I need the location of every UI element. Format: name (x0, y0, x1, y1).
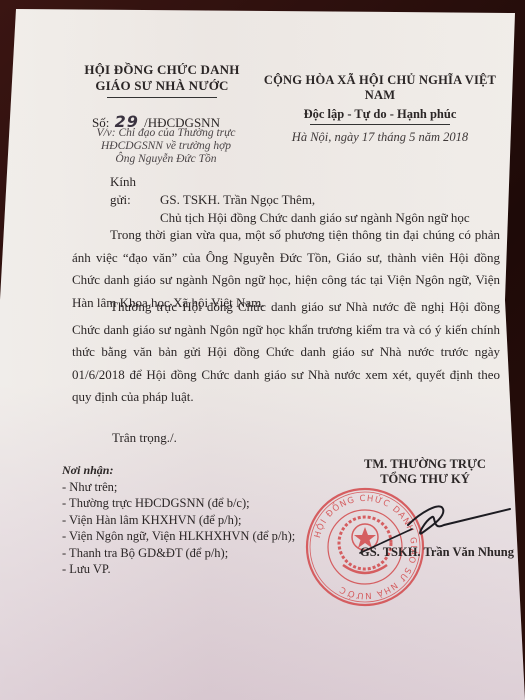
recipient-item: - Viện Ngôn ngữ, Viện HLKHXHVN (để p/h); (62, 528, 295, 545)
nation-motto: Độc lập - Tự do - Hạnh phúc (255, 107, 505, 122)
recipient-item: - Thanh tra Bộ GD&ĐT (để p/h); (62, 545, 295, 562)
body-paragraph-2: Thường trực Hội đồng Chức danh giáo sư N… (72, 296, 500, 409)
addressee-block: Kính gửi:GS. TSKH. Trần Ngọc Thêm, Chủ t… (110, 173, 470, 227)
closing-phrase: Trân trọng./. (112, 430, 177, 446)
addressee-label: Kính gửi: (110, 173, 160, 209)
subject-line: V/v: Chỉ đạo của Thường trực HĐCDGSNN về… (86, 127, 246, 166)
signature-title-line-1: TM. THƯỜNG TRỰC (340, 457, 510, 472)
subject-line-2: HĐCDGSNN về trường hợp (86, 140, 246, 153)
recipient-item: - Thường trực HĐCDGSNN (để b/c); (62, 495, 295, 512)
signature-title: TM. THƯỜNG TRỰC TỔNG THƯ KÝ (340, 457, 510, 487)
issuer-underline (107, 97, 217, 98)
subject-line-1: V/v: Chỉ đạo của Thường trực (86, 127, 246, 140)
issuer-header: HỘI ĐỒNG CHỨC DANH GIÁO SƯ NHÀ NƯỚC (62, 62, 262, 98)
recipient-item: - Viện Hàn lâm KHXHVN (để p/h); (62, 512, 295, 529)
nation-header: CỘNG HÒA XÃ HỘI CHỦ NGHĨA VIỆT NAM Độc l… (255, 73, 505, 125)
recipients-list: Nơi nhận: - Như trên; - Thường trực HĐCD… (62, 462, 295, 578)
paragraph-text: Thường trực Hội đồng Chức danh giáo sư N… (72, 296, 500, 409)
signer-name: GS. TSKH. Trần Văn Nhung (360, 545, 514, 560)
issuer-line-2: GIÁO SƯ NHÀ NƯỚC (62, 78, 262, 94)
issuer-line-1: HỘI ĐỒNG CHỨC DANH (62, 62, 262, 78)
motto-underline (310, 124, 450, 125)
nation-name: CỘNG HÒA XÃ HỘI CHỦ NGHĨA VIỆT NAM (255, 73, 505, 103)
document-date: Hà Nội, ngày 17 tháng 5 năm 2018 (260, 130, 500, 145)
recipient-item: - Lưu VP. (62, 561, 295, 578)
addressee-name: GS. TSKH. Trần Ngọc Thêm, (160, 192, 315, 207)
recipients-title: Nơi nhận: (62, 462, 295, 479)
recipient-item: - Như trên; (62, 479, 295, 496)
subject-line-3: Ông Nguyễn Đức Tồn (86, 153, 246, 166)
